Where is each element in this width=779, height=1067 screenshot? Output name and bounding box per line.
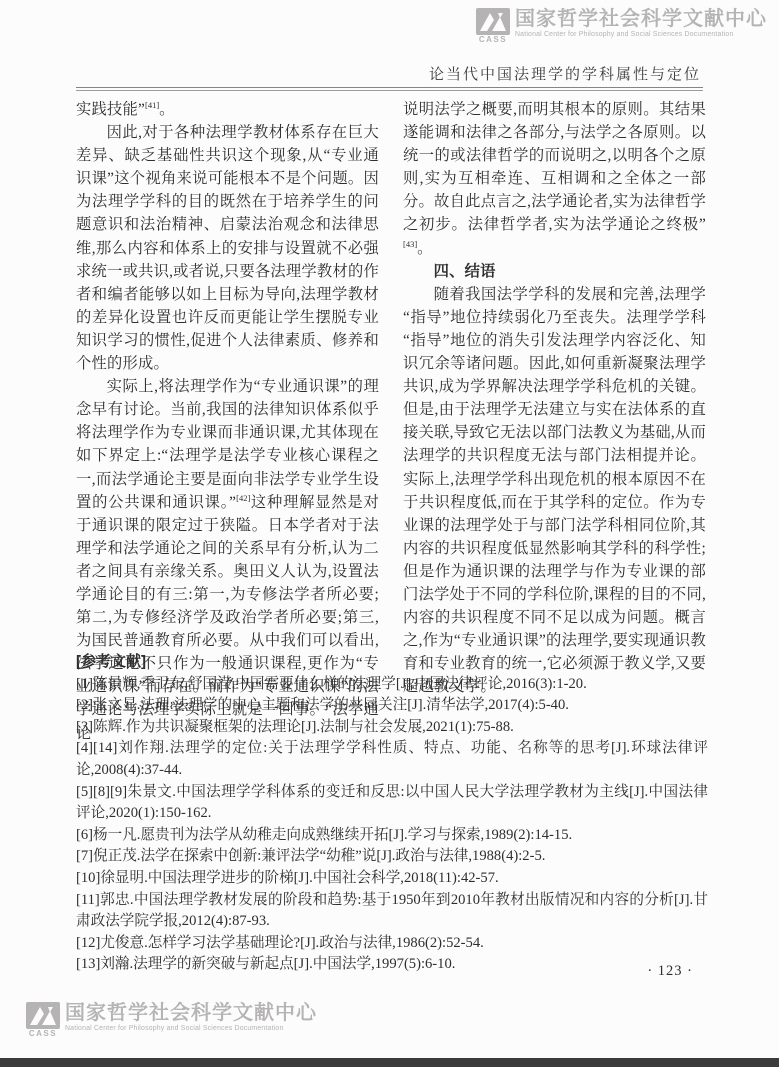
conclusion-heading: 四、结语 [403, 260, 706, 283]
journal-page: CASS 国家哲学社会科学文献中心 National Center for Ph… [0, 0, 779, 1067]
footer-bar [0, 1058, 779, 1067]
reference-item: [3]陈辉.作为共识凝聚框架的法理论[J].法制与社会发展,2021(1):75… [76, 717, 708, 739]
reference-item: [2]张文显.法理:法理学的中心主题和法学的共同关注[J].清华法学,2017(… [76, 695, 708, 717]
logo-icon-wrap: CASS [26, 1002, 60, 1038]
reference-item: [4][14]刘作翔.法理学的定位:关于法理学学科性质、特点、功能、名称等的思考… [76, 738, 708, 781]
logo-abbr-label: CASS [479, 36, 507, 44]
reference-item: [13]刘瀚.法理学的新突破与新起点[J].中国法学,1997(5):6-10. [76, 954, 708, 976]
cass-emblem-icon [476, 8, 510, 35]
paragraph: 说明法学之概要,而明其根本的原则。其结果遂能调和法律之各部分,与法学之各原则。以… [403, 98, 706, 260]
references-section: [参考文献] [1]陈景辉,季卫东,舒国滢.中国需要什么样的法理学[J].中国法… [76, 651, 708, 976]
reference-item: [5][8][9]朱景文.中国法理学学科体系的变迁和反思:以中国人民大学法理学教… [76, 782, 708, 825]
paragraph-text: 说明法学之概要,而明其根本的原则。其结果遂能调和法律之各部分,与法学之各原则。以… [403, 101, 706, 233]
article-body: 实践技能”[41]。 因此,对于各种法理学教材体系存在巨大差异、缺乏基础性共识这… [76, 98, 706, 745]
nccpsd-logo-bottom: CASS 国家哲学社会科学文献中心 National Center for Ph… [26, 1002, 317, 1038]
paragraph-text: 。 [159, 101, 175, 118]
logo-cn-label: 国家哲学社会科学文献中心 [65, 1002, 317, 1024]
nccpsd-logo-top: CASS 国家哲学社会科学文献中心 National Center for Ph… [476, 8, 767, 44]
reference-item: [1]陈景辉,季卫东,舒国滢.中国需要什么样的法理学[J].中国法律评论,201… [76, 674, 708, 696]
header-double-rule [76, 87, 703, 91]
logo-abbr-label: CASS [29, 1030, 57, 1038]
paragraph-text: 。 [417, 240, 433, 257]
logo-icon-wrap: CASS [476, 8, 510, 44]
reference-item: [7]倪正茂.法学在探索中创新:兼评法学“幼稚”说[J].政治与法律,1988(… [76, 846, 708, 868]
footnote-ref: [42] [236, 493, 250, 503]
left-column: 实践技能”[41]。 因此,对于各种法理学教材体系存在巨大差异、缺乏基础性共识这… [76, 98, 379, 745]
paragraph: 实践技能”[41]。 [76, 98, 379, 121]
running-head-title: 论当代中国法理学的学科属性与定位 [429, 63, 701, 84]
paragraph: 随着我国法学学科的发展和完善,法理学“指导”地位持续弱化乃至丧失。法理学学科“指… [403, 283, 706, 699]
paragraph-text: 实际上,将法理学作为“专业通识课”的理念早有讨论。当前,我国的法律知识体系似乎将… [76, 378, 379, 510]
paragraph: 因此,对于各种法理学教材体系存在巨大差异、缺乏基础性共识这个现象,从“专业通识课… [76, 121, 379, 375]
reference-item: [12]尤俊意.怎样学习法学基础理论?[J].政治与法律,1986(2):52-… [76, 933, 708, 955]
right-column: 说明法学之概要,而明其根本的原则。其结果遂能调和法律之各部分,与法学之各原则。以… [403, 98, 706, 745]
logo-en-label: National Center for Philosophy and Socia… [515, 30, 767, 40]
footnote-ref: [43] [403, 238, 417, 248]
references-title: [参考文献] [76, 651, 708, 673]
cass-emblem-icon [26, 1002, 60, 1029]
page-number: · 123 · [647, 963, 693, 980]
logo-en-label: National Center for Philosophy and Socia… [65, 1024, 317, 1034]
reference-item: [11]郭忠.中国法理学教材发展的阶段和趋势:基于1950年到2010年教材出版… [76, 890, 708, 933]
footnote-ref: [41] [145, 100, 159, 110]
paragraph-text: 实践技能” [76, 101, 145, 118]
reference-item: [6]杨一凡.愿贵刊为法学从幼稚走向成熟继续开拓[J].学习与探索,1989(2… [76, 825, 708, 847]
reference-item: [10]徐显明.中国法理学进步的阶梯[J].中国社会科学,2018(11):42… [76, 868, 708, 890]
logo-cn-label: 国家哲学社会科学文献中心 [515, 8, 767, 30]
